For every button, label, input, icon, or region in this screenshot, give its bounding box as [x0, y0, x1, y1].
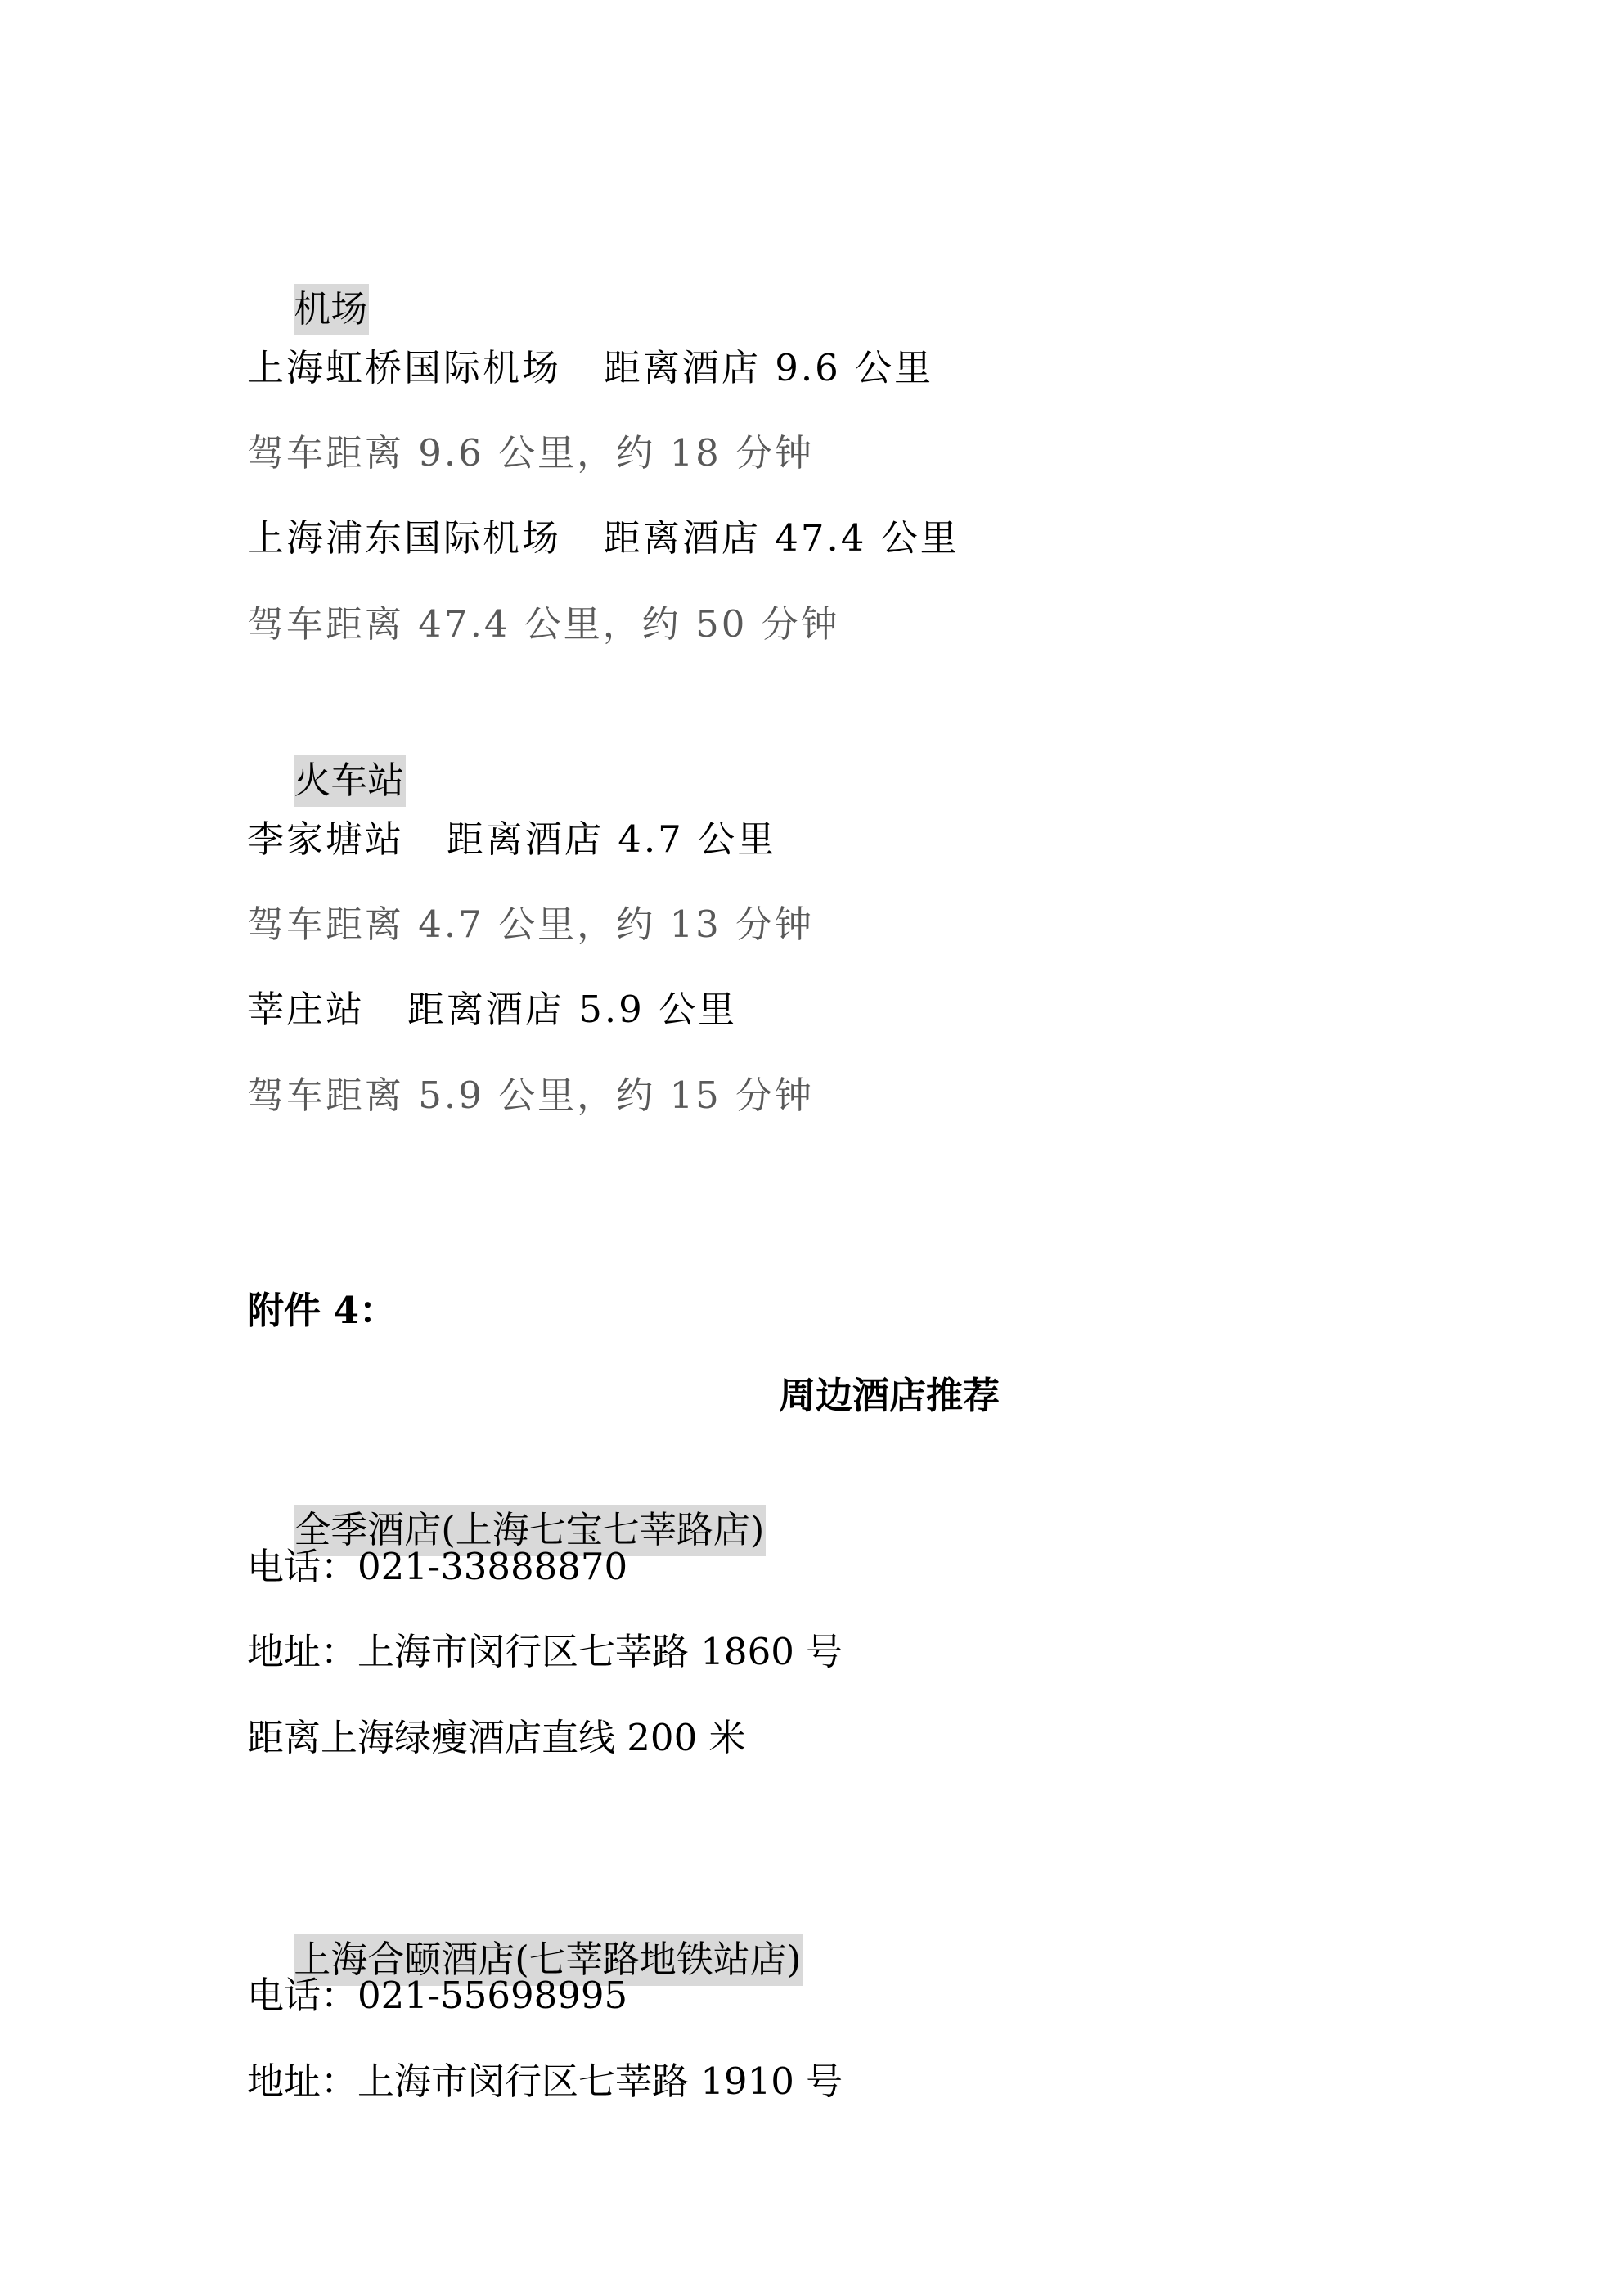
- train-heading: 火车站: [294, 755, 406, 807]
- airport-item-hongqiao-drive: 驾车距离 9.6 公里，约 18 分钟: [247, 429, 814, 478]
- train-item-xinzhuang-drive: 驾车距离 5.9 公里，约 15 分钟: [247, 1071, 814, 1120]
- hotel-2-address: 地址：上海市闵行区七莘路 1910 号: [247, 2057, 843, 2106]
- hotel-1-address: 地址：上海市闵行区七莘路 1860 号: [247, 1627, 843, 1677]
- train-item-xinzhuang: 莘庄站 距离酒店 5.9 公里: [247, 985, 737, 1034]
- airport-item-hongqiao: 上海虹桥国际机场 距离酒店 9.6 公里: [247, 344, 933, 393]
- train-item-lijiatang: 李家塘站 距离酒店 4.7 公里: [247, 815, 776, 864]
- airport-heading: 机场: [294, 284, 369, 335]
- hotel-1-distance: 距离上海绿瘦酒店直线 200 米: [247, 1713, 746, 1763]
- hotel-1-phone: 电话：021-33888870: [247, 1542, 627, 1591]
- airport-item-pudong: 上海浦东国际机场 距离酒店 47.4 公里: [247, 514, 960, 563]
- attachment-title: 周边酒店推荐: [0, 1371, 1623, 1420]
- airport-item-pudong-drive: 驾车距离 47.4 公里，约 50 分钟: [247, 600, 840, 649]
- hotel-2-phone: 电话：021-55698995: [247, 1971, 627, 2020]
- attachment-label: 附件 4：: [247, 1286, 396, 1335]
- train-item-lijiatang-drive: 驾车距离 4.7 公里，约 13 分钟: [247, 900, 814, 949]
